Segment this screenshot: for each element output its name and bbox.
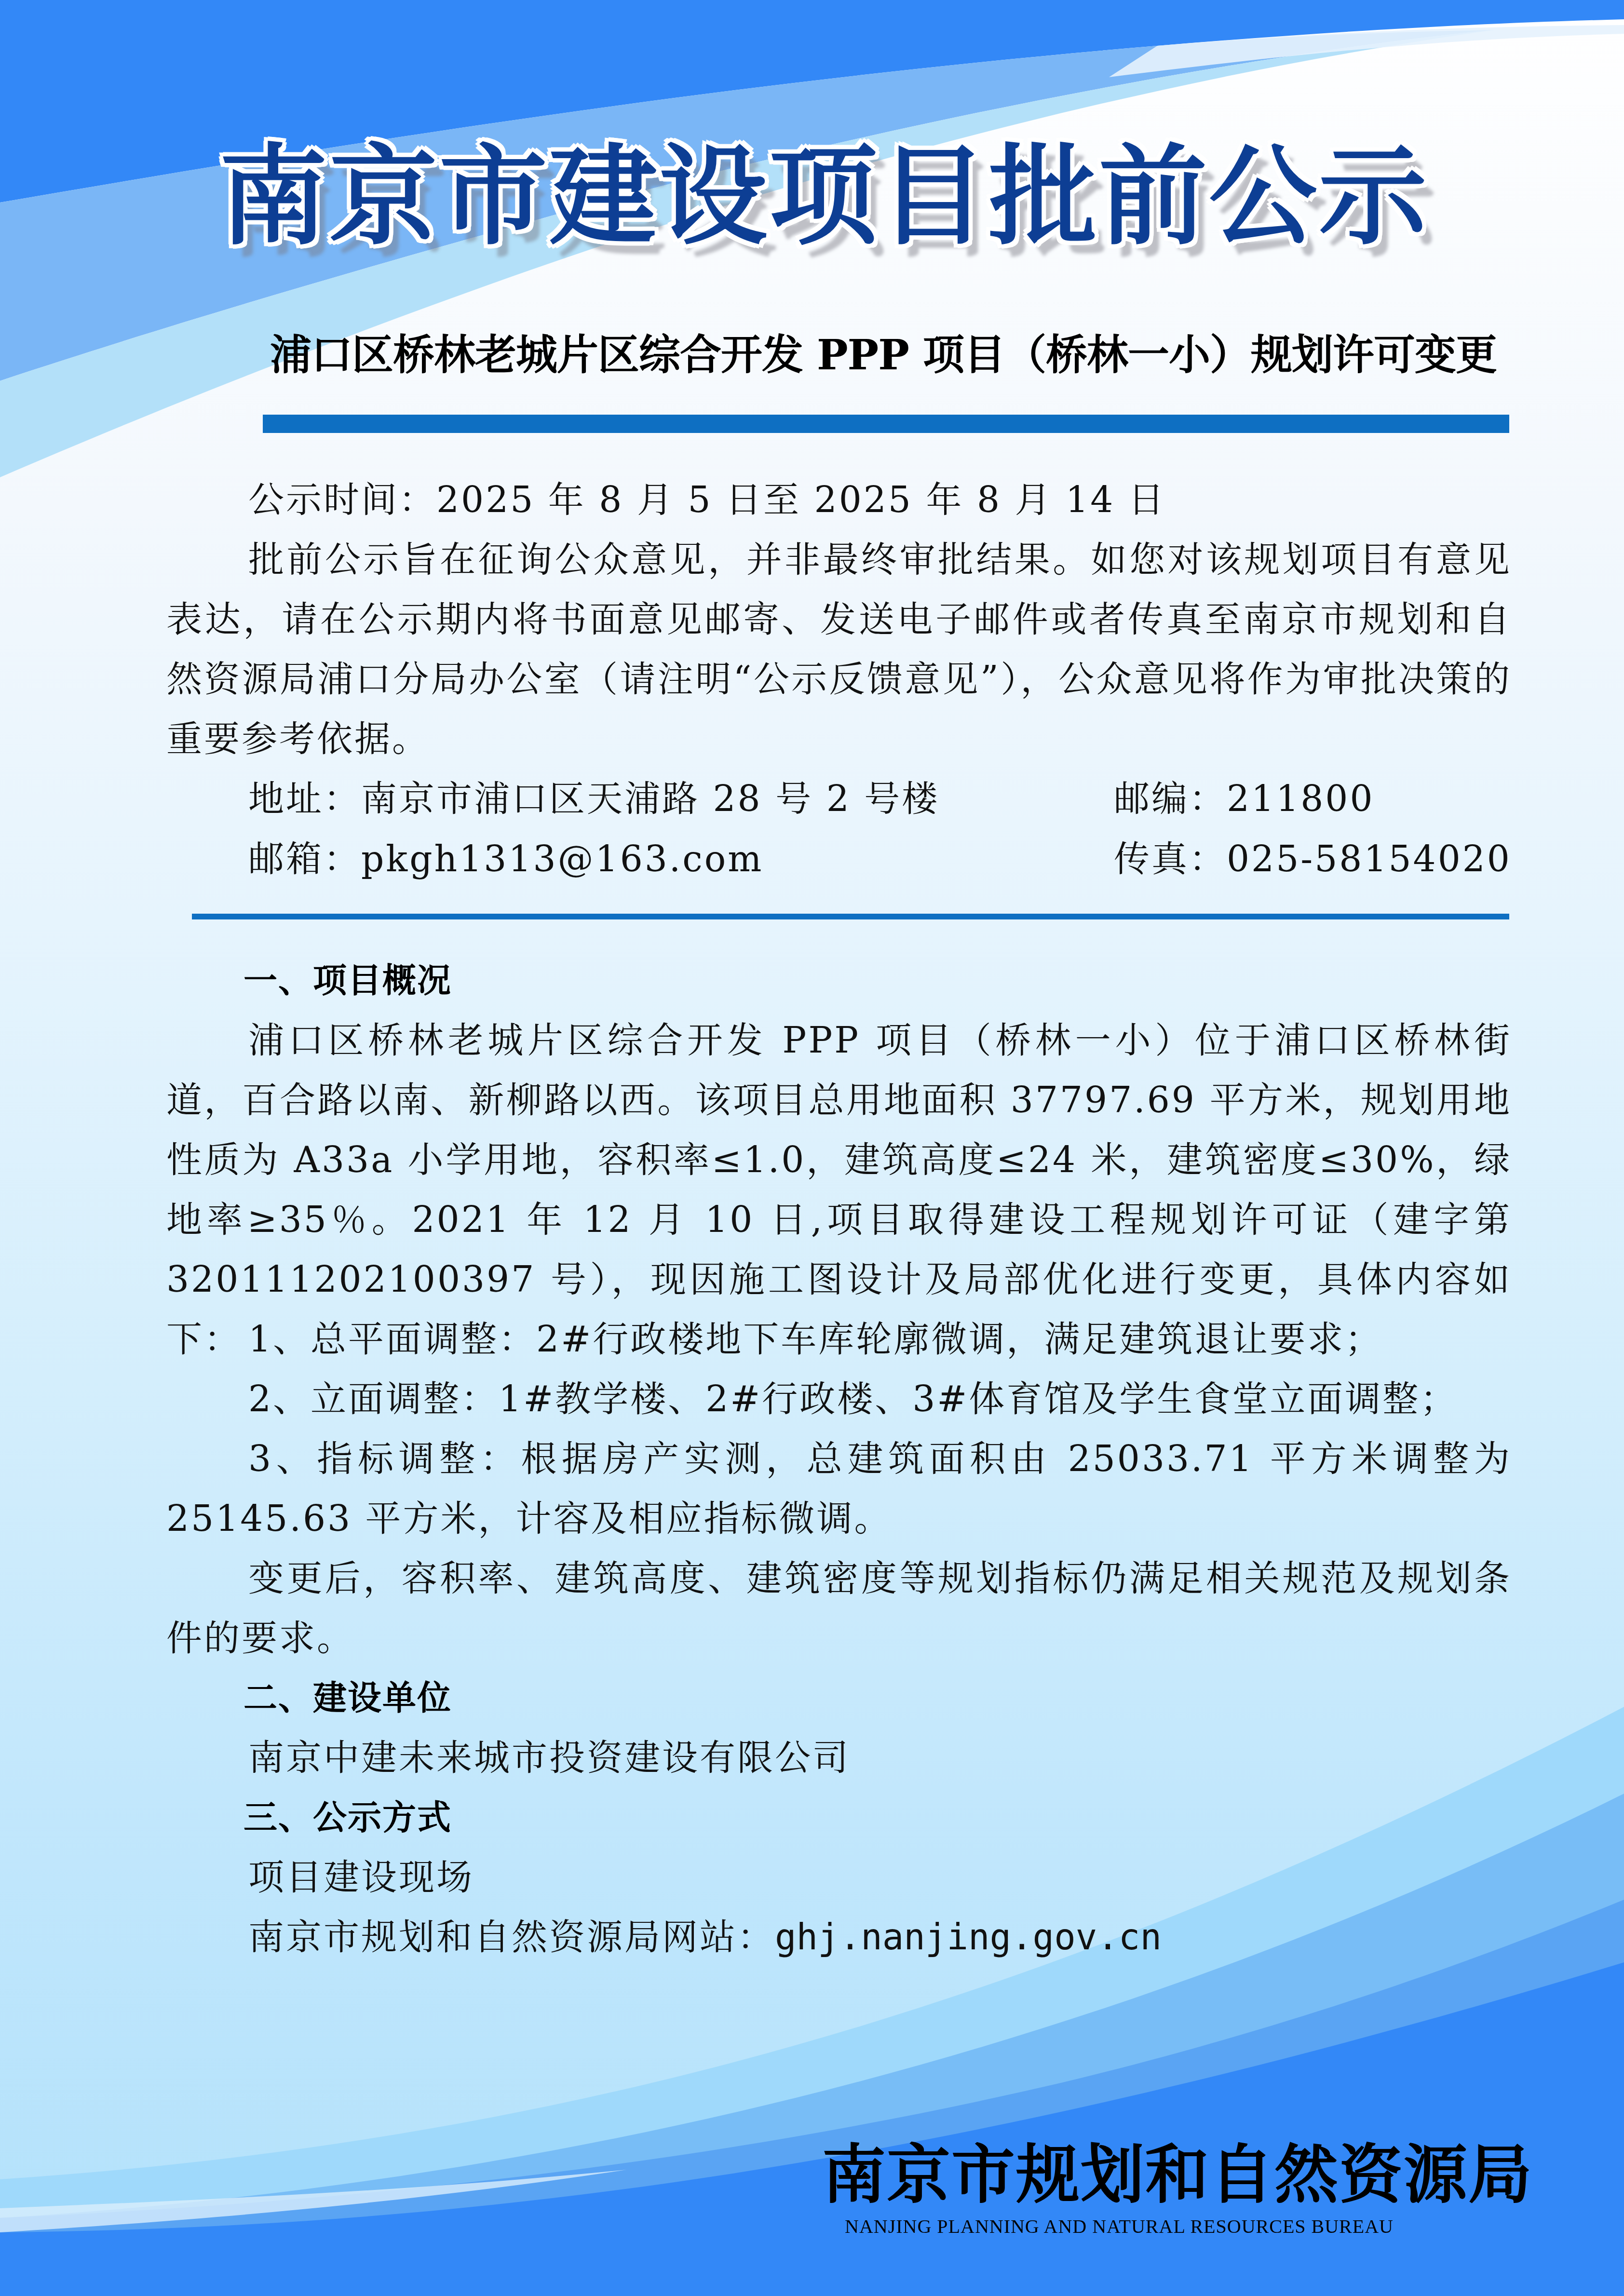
conclusion-paragraph: 变更后，容积率、建筑高度、建筑密度等规划指标仍满足相关规范及规划条件的要求。 xyxy=(166,1549,1512,1668)
notice-period: 公示时间：2025 年 8 月 5 日至 2025 年 8 月 14 日 xyxy=(248,470,1166,530)
address-value: 南京市浦口区天浦路 28 号 2 号楼 xyxy=(361,778,939,820)
email-row: 邮箱：pkgh1313@163.com xyxy=(248,829,764,889)
builder-name: 南京中建未来城市投资建设有限公司 xyxy=(248,1728,850,1788)
bureau-name-en: NANJING PLANNING AND NATURAL RESOURCES B… xyxy=(845,2217,1394,2236)
method-site: 项目建设现场 xyxy=(248,1848,474,1907)
website-label: 南京市规划和自然资源局网站： xyxy=(248,1917,775,1958)
fax-row: 传真：025-58154020 xyxy=(1114,829,1512,889)
change-item-2: 2、立面调整：1#教学楼、2#行政楼、3#体育馆及学生食堂立面调整； xyxy=(166,1369,1512,1429)
address-label: 地址： xyxy=(248,778,361,820)
title-divider xyxy=(263,415,1509,433)
section-heading-builder: 二、建设单位 xyxy=(244,1668,452,1728)
email-link[interactable]: pkgh1313@163.com xyxy=(361,838,764,880)
postcode-value: 211800 xyxy=(1227,778,1375,820)
project-subtitle: 浦口区桥林老城片区综合开发 PPP 项目（桥林一小）规划许可变更 xyxy=(270,333,1514,378)
email-label: 邮箱： xyxy=(248,838,361,880)
address-row: 地址：南京市浦口区天浦路 28 号 2 号楼 xyxy=(248,769,939,829)
postcode-row: 邮编：211800 xyxy=(1114,769,1375,829)
postcode-label: 邮编： xyxy=(1114,778,1227,820)
change-item-3: 3、指标调整：根据房产实测，总建筑面积由 25033.71 平方米调整为 251… xyxy=(166,1429,1512,1549)
section-divider xyxy=(192,914,1509,919)
website-link[interactable]: ghj.nanjing.gov.cn xyxy=(775,1917,1162,1958)
section-heading-method: 三、公示方式 xyxy=(244,1788,452,1848)
section-heading-overview: 一、项目概况 xyxy=(244,951,452,1011)
bureau-name-cn: 南京市规划和自然资源局 xyxy=(822,2143,1533,2207)
notice-document: 南京市建设项目批前公示 浦口区桥林老城片区综合开发 PPP 项目（桥林一小）规划… xyxy=(0,0,1624,2296)
intro-paragraph: 批前公示旨在征询公众意见，并非最终审批结果。如您对该规划项目有意见表达，请在公示… xyxy=(166,530,1512,769)
method-website-row: 南京市规划和自然资源局网站：ghj.nanjing.gov.cn xyxy=(248,1907,1162,1967)
fax-value: 025-58154020 xyxy=(1227,838,1512,880)
fax-label: 传真： xyxy=(1114,838,1227,880)
change-item-1: 1、总平面调整：2#行政楼地下车库轮廓微调，满足建筑退让要求； xyxy=(166,1310,1512,1369)
page-title: 南京市建设项目批前公示 xyxy=(219,142,1425,250)
